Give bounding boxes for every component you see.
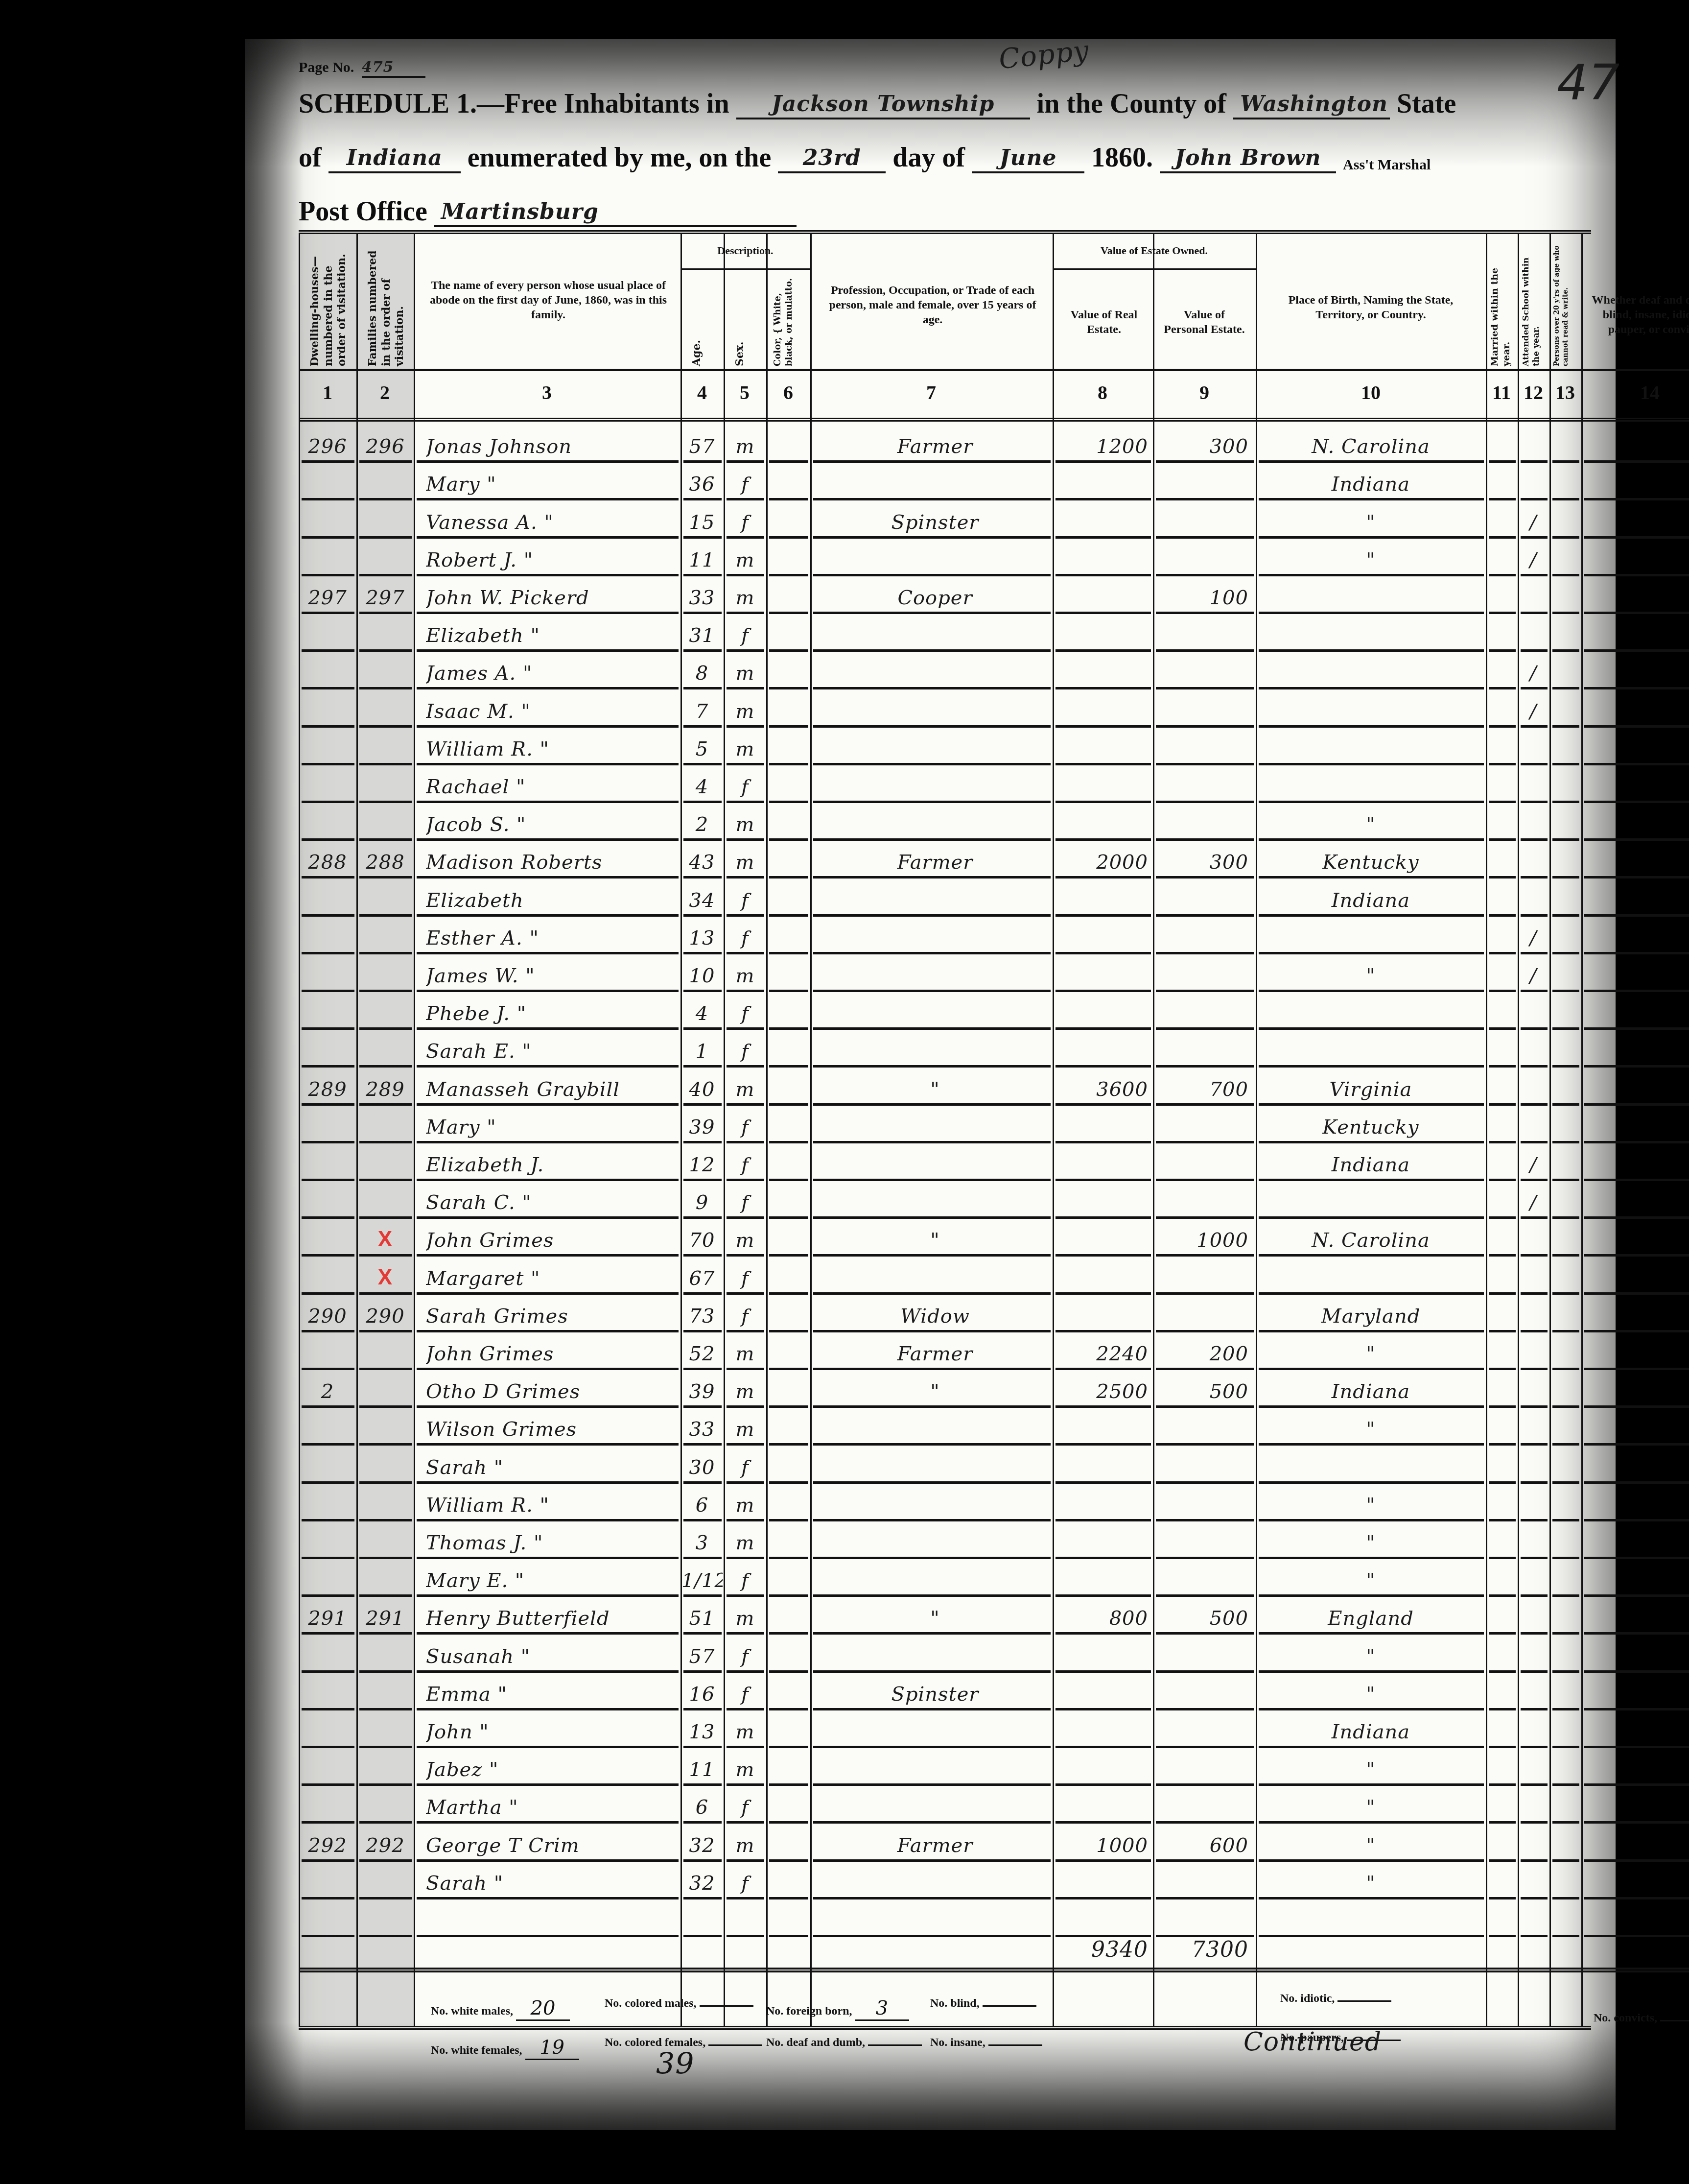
personal-estate-value: 300 [1158,851,1248,874]
sex-value: f [725,1040,766,1063]
header-illiterate: Persons over 20 y'rs of age who cannot r… [1553,244,1580,366]
page-number-value: 475 [362,59,425,78]
header-name: The name of every person whose usual pla… [428,278,668,322]
age-value: 12 [681,1154,723,1176]
header-estate: Value of Estate Owned. [1053,244,1256,270]
personal-estate-value: 500 [1158,1607,1248,1630]
person-name: Mary " [426,1116,676,1139]
sex-value: m [725,1078,766,1101]
person-name: Otho D Grimes [426,1380,676,1403]
sex-value: f [725,1872,766,1895]
real-estate-value: 1200 [1057,435,1148,458]
age-value: 3 [681,1532,723,1554]
person-name: James A. " [426,662,676,685]
family-number: X [358,1265,412,1290]
occupation-value: " [827,1078,1043,1101]
sex-value: f [725,889,766,912]
person-name: Elizabeth [426,889,676,912]
person-name: Phebe J. " [426,1002,676,1025]
occupation-value: Farmer [827,1834,1043,1857]
birthplace-value: " [1268,1645,1474,1668]
sex-value: m [725,1607,766,1630]
sex-value: m [725,738,766,760]
page-number-label: Page No. [299,59,354,75]
birthplace-value: Kentucky [1268,851,1474,874]
dwelling-number: 2 [301,1380,354,1403]
table-row: Sarah C. "9f/21 [299,1181,1591,1219]
table-row: Isaac M. "7m/8 [299,689,1591,727]
sex-value: m [725,700,766,723]
sex-value: m [725,1343,766,1365]
age-value: 33 [681,1418,723,1441]
sex-value: f [725,624,766,647]
table-row: Sarah "32f"39 [299,1862,1591,1899]
occupation-value: Farmer [827,1343,1043,1365]
person-name: Thomas J. " [426,1532,676,1554]
personal-estate-value: 1000 [1158,1229,1248,1252]
person-name: Mary " [426,473,676,496]
sex-value: m [725,851,766,874]
table-row: Sarah E. "1f17 [299,1030,1591,1068]
continued-note: Continued [1243,2027,1382,2057]
header-dwelling: Dwelling-houses—numbered in the order of… [308,244,348,366]
person-name: Margaret " [426,1267,676,1290]
table-row: XJohn Grimes70m"1000N. Carolina22 [299,1219,1591,1257]
age-value: 13 [681,1721,723,1743]
real-estate-value: 1000 [1057,1834,1148,1857]
real-estate-value: 800 [1057,1607,1148,1630]
person-name: Sarah C. " [426,1191,676,1214]
age-value: 32 [681,1872,723,1895]
family-number: 292 [358,1834,412,1857]
age-value: 9 [681,1191,723,1214]
corner-page-number: 47 [1557,54,1620,111]
occupation-value: Spinster [827,511,1043,534]
post-office-field: Martinsburg [434,199,797,227]
person-name: Elizabeth " [426,624,676,647]
county-label: in the County of [1037,88,1226,119]
marshal-field: John Brown [1160,145,1336,173]
sex-value: m [725,1721,766,1743]
of-label: of [299,142,322,173]
scan-shadow [245,39,304,2130]
sex-value: m [725,1380,766,1403]
birthplace-value: Indiana [1268,889,1474,912]
person-name: Jacob S. " [426,813,676,836]
table-row: Mary E. "1/12f"31 [299,1559,1591,1597]
person-name: Mary E. " [426,1569,676,1592]
summary-insane: No. insane, [930,2036,1042,2049]
birthplace-value: Indiana [1268,1154,1474,1176]
school-mark: / [1519,662,1548,685]
person-name: Sarah " [426,1456,676,1479]
sex-value: f [725,1154,766,1176]
person-name: Vanessa A. " [426,511,676,534]
state-field: Indiana [328,145,461,173]
person-name: Esther A. " [426,927,676,950]
schedule-label: SCHEDULE 1.—Free Inhabitants in [299,88,729,119]
table-row: Elizabeth J.12fIndiana/20 [299,1143,1591,1181]
age-value: 10 [681,965,723,987]
table-row: 2Otho D Grimes39m"2500500Indiana26 [299,1370,1591,1408]
header-disability: Whether deaf and dumb, blind, insane, id… [1591,293,1689,337]
dwelling-number: 297 [301,587,354,609]
header-color: Color, { White, black, or mulatto. [773,273,807,366]
occupation-value: Farmer [827,435,1043,458]
table-row: Susanah "57f"33 [299,1635,1591,1672]
column-number: 1 [308,381,347,404]
person-name: Jabez " [426,1758,676,1781]
header-occupation: Profession, Occupation, or Trade of each… [820,283,1045,327]
header-birthplace: Place of Birth, Naming the State, Territ… [1270,293,1471,322]
birthplace-value: England [1268,1607,1474,1630]
post-office-label: Post Office [299,196,427,227]
table-row: Sarah "30f28 [299,1446,1591,1483]
table-row: Vanessa A. "15fSpinster"/3 [299,500,1591,538]
state-label: State [1397,88,1456,119]
personal-estate-value: 300 [1158,435,1248,458]
occupation-value: Cooper [827,587,1043,609]
sex-value: m [725,1418,766,1441]
table-row: Thomas J. "3m"30 [299,1521,1591,1559]
sex-value: f [725,927,766,950]
table-row: XMargaret "67f23 [299,1257,1591,1294]
table-row: Mary "36fIndiana2 [299,463,1591,500]
birthplace-value: " [1268,1683,1474,1706]
sex-value: f [725,1456,766,1479]
person-name: Jonas Johnson [426,435,676,458]
age-value: 40 [681,1078,723,1101]
column-number: 3 [527,381,566,404]
sex-value: m [725,435,766,458]
summary-white-males: No. white males, 20 [431,1997,570,2021]
sex-value: f [725,511,766,534]
age-value: 11 [681,549,723,571]
table-row: Robert J. "11m"/4 [299,539,1591,576]
age-value: 73 [681,1305,723,1328]
column-number: 4 [682,381,722,404]
summary-colored-males: No. colored males, [605,1997,753,2010]
table-row: Mary "39fKentucky19 [299,1106,1591,1143]
birthplace-value: " [1268,1569,1474,1592]
header-family: Families numbered in the order of visita… [366,244,405,366]
year-label: 1860. [1091,142,1153,173]
real-estate-value: 3600 [1057,1078,1148,1101]
summary-idiotic: No. idiotic, [1280,1992,1391,2005]
table-row: Esther A. "13f/14 [299,917,1591,954]
age-value: 6 [681,1796,723,1819]
age-value: 33 [681,587,723,609]
table-row: John "13mIndiana35 [299,1710,1591,1748]
age-value: 39 [681,1380,723,1403]
summary-white-females: No. white females, 19 [431,2036,579,2060]
birthplace-value: " [1268,1796,1474,1819]
column-number: 7 [912,381,951,404]
family-number: 289 [358,1078,412,1101]
age-value: 30 [681,1456,723,1479]
day-of-label: day of [892,142,965,173]
month-field: June [972,145,1084,173]
sex-value: m [725,1834,766,1857]
table-row: 297297John W. Pickerd33mCooper1005 [299,576,1591,614]
birthplace-value: N. Carolina [1268,1229,1474,1252]
birthplace-value: N. Carolina [1268,435,1474,458]
family-number: X [358,1227,412,1252]
occupation-value: " [827,1380,1043,1403]
header-age: Age. [690,298,715,366]
birthplace-value: Maryland [1268,1305,1474,1328]
age-value: 34 [681,889,723,912]
family-number: 291 [358,1607,412,1630]
age-value: 70 [681,1229,723,1252]
summary-foreign-born: No. foreign born, 3 [766,1997,909,2021]
table-row: 292292George T Crim32mFarmer1000600"38 [299,1824,1591,1861]
age-value: 51 [681,1607,723,1630]
person-name: Madison Roberts [426,851,676,874]
school-mark: / [1519,927,1548,950]
dwelling-number: 291 [301,1607,354,1630]
age-value: 43 [681,851,723,874]
person-name: Manasseh Graybill [426,1078,676,1101]
person-name: Martha " [426,1796,676,1819]
occupation-value: Spinster [827,1683,1043,1706]
table-row: 290290Sarah Grimes73fWidowMaryland24 [299,1295,1591,1332]
sex-value: m [725,1758,766,1781]
table-row: Phebe J. "4f16 [299,992,1591,1030]
summary-convicts: No. convicts, [1594,2012,1689,2025]
county-field: Washington [1233,92,1390,119]
table-row: Jabez "11m"36 [299,1748,1591,1786]
post-office-line: Post Office Martinsburg [299,196,797,227]
census-table: Dwelling-houses—numbered in the order of… [299,230,1591,2030]
person-name: Susanah " [426,1645,676,1668]
birthplace-value: " [1268,1872,1474,1895]
header-school: Attended School within the year. [1521,244,1547,366]
school-mark: / [1519,965,1548,987]
table-row: Wilson Grimes33m"27 [299,1408,1591,1446]
school-mark: / [1519,549,1548,571]
occupation-value: " [827,1607,1043,1630]
sex-value: m [725,1229,766,1252]
personal-estate-value: 200 [1158,1343,1248,1365]
occupation-value: Farmer [827,851,1043,874]
header-married: Married within the year. [1489,244,1515,366]
person-name: William R. " [426,1494,676,1517]
table-row: Jacob S. "2m"11 [299,803,1591,841]
personal-estate-value: 600 [1158,1834,1248,1857]
township-field: Jackson Township [736,92,1030,119]
sex-value: f [725,1683,766,1706]
table-row: 40 [299,1899,1591,1937]
birthplace-value: " [1268,1532,1474,1554]
sex-value: f [725,1569,766,1592]
dwelling-number: 290 [301,1305,354,1328]
age-value: 16 [681,1683,723,1706]
person-name: Wilson Grimes [426,1418,676,1441]
total-personal-estate: 7300 [1160,1937,1248,1962]
school-mark: / [1519,1191,1548,1214]
birthplace-value: Indiana [1268,1380,1474,1403]
sex-value: f [725,1796,766,1819]
page-number-line: Page No. 475 [299,59,425,78]
dwelling-number: 289 [301,1078,354,1101]
age-value: 31 [681,624,723,647]
sex-value: m [725,587,766,609]
age-value: 15 [681,511,723,534]
table-row: 296296Jonas Johnson57mFarmer1200300N. Ca… [299,425,1591,463]
family-number: 288 [358,851,412,874]
age-value: 52 [681,1343,723,1365]
real-estate-value: 2000 [1057,851,1148,874]
real-estate-value: 2500 [1057,1380,1148,1403]
sex-value: m [725,1494,766,1517]
person-name: Sarah Grimes [426,1305,676,1328]
person-name: George T Crim [426,1834,676,1857]
age-value: 36 [681,473,723,496]
table-row: James W. "10m"/15 [299,954,1591,992]
table-row: William R. "6m"29 [299,1484,1591,1521]
census-sheet: Page No. 475 Coppy 47 SCHEDULE 1.—Free I… [245,39,1616,2130]
column-number: 14 [1630,381,1669,404]
column-number: 6 [769,381,808,404]
birthplace-value: " [1268,813,1474,836]
summary-deaf-dumb: No. deaf and dumb, [766,2036,922,2049]
age-value: 8 [681,662,723,685]
person-name: Isaac M. " [426,700,676,723]
header-description: Description. [680,244,810,270]
birthplace-value: Virginia [1268,1078,1474,1101]
age-value: 4 [681,776,723,798]
person-name: Emma " [426,1683,676,1706]
age-value: 57 [681,1645,723,1668]
birthplace-value: " [1268,549,1474,571]
person-name: Sarah E. " [426,1040,676,1063]
sex-value: f [725,1002,766,1025]
person-name: Henry Butterfield [426,1607,676,1630]
birthplace-value: Indiana [1268,473,1474,496]
column-number: 13 [1546,381,1585,404]
sex-value: f [725,473,766,496]
table-row: William R. "5m9 [299,728,1591,765]
birthplace-value: " [1268,511,1474,534]
birthplace-value: Kentucky [1268,1116,1474,1139]
table-row: James A. "8m/7 [299,652,1591,689]
person-name: John " [426,1721,676,1743]
birthplace-value: " [1268,1343,1474,1365]
table-row: Martha "6f"37 [299,1786,1591,1824]
school-mark: / [1519,511,1548,534]
marshal-label: Ass't Marshal [1343,157,1431,173]
column-number: 2 [365,381,404,404]
schedule-title-line: SCHEDULE 1.—Free Inhabitants in Jackson … [299,88,1456,119]
sex-value: m [725,1532,766,1554]
day-field: 23rd [778,145,886,173]
person-name: Rachael " [426,776,676,798]
school-mark: / [1519,1154,1548,1176]
enumeration-line: of Indiana enumerated by me, on the 23rd… [299,142,1431,173]
table-row: 291291Henry Butterfield51m"800500England… [299,1597,1591,1635]
person-name: William R. " [426,738,676,760]
school-mark: / [1519,700,1548,723]
birthplace-value: " [1268,1834,1474,1857]
person-name: Sarah " [426,1872,676,1895]
age-value: 39 [681,1116,723,1139]
family-number: 297 [358,587,412,609]
family-number: 290 [358,1305,412,1328]
age-value: 2 [681,813,723,836]
column-number: 10 [1351,381,1390,404]
header-sex: Sex. [733,298,758,366]
table-row: Rachael "4f10 [299,765,1591,803]
sex-value: f [725,1116,766,1139]
age-value: 6 [681,1494,723,1517]
person-name: Elizabeth J. [426,1154,676,1176]
table-row: 288288Madison Roberts43mFarmer2000300Ken… [299,841,1591,878]
table-row: Elizabeth34fIndiana13 [299,878,1591,916]
occupation-value: " [827,1229,1043,1252]
personal-estate-value: 500 [1158,1380,1248,1403]
stamp-number: 39 [656,2047,694,2081]
sex-value: f [725,776,766,798]
age-value: 57 [681,435,723,458]
family-number: 296 [358,435,412,458]
header-real-estate: Value of Real Estate. [1062,308,1146,337]
person-name: John Grimes [426,1229,676,1252]
birthplace-value: " [1268,1494,1474,1517]
dwelling-number: 292 [301,1834,354,1857]
sex-value: f [725,1191,766,1214]
summary-blind: No. blind, [930,1997,1036,2010]
age-value: 32 [681,1834,723,1857]
sex-value: m [725,662,766,685]
column-number: 9 [1185,381,1224,404]
sex-value: m [725,549,766,571]
age-value: 5 [681,738,723,760]
column-number: 5 [725,381,764,404]
occupation-value: Widow [827,1305,1043,1328]
age-value: 4 [681,1002,723,1025]
age-value: 11 [681,1758,723,1781]
person-name: John Grimes [426,1343,676,1365]
total-real-estate: 9340 [1060,1937,1148,1962]
age-value: 1/12 [681,1569,723,1592]
personal-estate-value: 100 [1158,587,1248,609]
person-name: Robert J. " [426,549,676,571]
sex-value: f [725,1305,766,1328]
table-row: 289289Manasseh Graybill40m"3600700Virgin… [299,1068,1591,1105]
person-name: John W. Pickerd [426,587,676,609]
table-row: John Grimes52mFarmer2240200"25 [299,1332,1591,1370]
dwelling-number: 288 [301,851,354,874]
table-row: Emma "16fSpinster"34 [299,1673,1591,1710]
sex-value: m [725,965,766,987]
sex-value: m [725,813,766,836]
birthplace-value: " [1268,1758,1474,1781]
age-value: 67 [681,1267,723,1290]
birthplace-value: " [1268,1418,1474,1441]
sex-value: f [725,1645,766,1668]
real-estate-value: 2240 [1057,1343,1148,1365]
birthplace-value: " [1268,965,1474,987]
age-value: 13 [681,927,723,950]
age-value: 7 [681,700,723,723]
enumerated-label: enumerated by me, on the [468,142,772,173]
personal-estate-value: 700 [1158,1078,1248,1101]
column-number: 8 [1083,381,1122,404]
copy-annotation: Coppy [997,35,1091,76]
table-row: Elizabeth "31f6 [299,614,1591,652]
header-personal-estate: Value of Personal Estate. [1163,308,1246,337]
